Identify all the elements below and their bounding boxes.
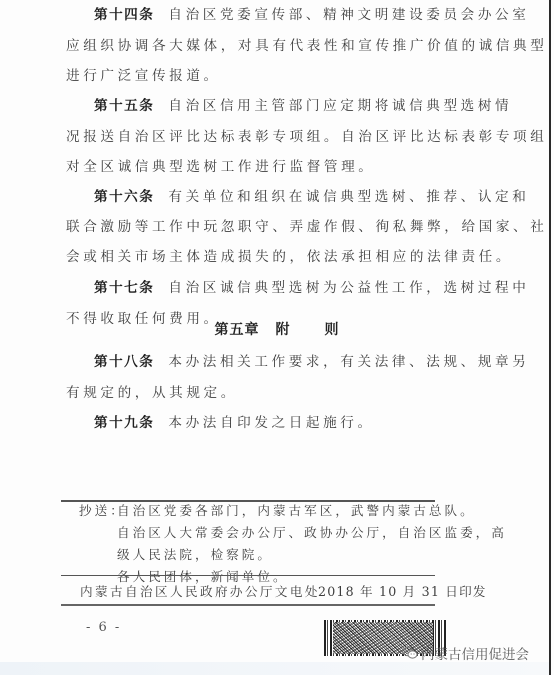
cc-line-1: 自治区党委各部门，内蒙古军区，武警内蒙古总队。 (117, 503, 476, 519)
article-16-line-3: 会或相关市场主体造成损失的，依法承担相应的法律责任。 (66, 248, 513, 266)
article-18-line-1: 第十八条本办法相关工作要求，有关法律、法规、规章另 (94, 353, 529, 371)
chapter-heading: 第五章附则 (0, 319, 554, 339)
watermark-text: 内蒙古信用促进会 (421, 643, 529, 663)
chapter-name-part-2: 则 (325, 322, 340, 338)
article-19-title: 第十九条 (94, 415, 154, 431)
cc-top-rule (61, 500, 435, 502)
article-15-line-3: 对全区诚信典型选树工作进行监督管理。 (66, 158, 376, 176)
article-18-text: 本办法相关工作要求，有关法律、法规、规章另 (168, 354, 529, 370)
article-14-line-1: 第十四条自治区党委宣传部、精神文明建设委员会办公室 (94, 6, 529, 24)
issue-date: 2018 年 10 月 31 日印发 (318, 581, 487, 600)
document-page: 第十四条自治区党委宣传部、精神文明建设委员会办公室 应组织协调各大媒体，对具有代… (0, 0, 554, 675)
article-17-line-1: 第十七条自治区诚信典型选树为公益性工作，选树过程中 (94, 279, 529, 297)
cc-line-3: 级人民法院，检察院。 (117, 547, 273, 563)
article-14-line-3: 进行广泛宣传报道。 (66, 67, 221, 85)
article-17-text: 自治区诚信典型选树为公益性工作，选树过程中 (168, 280, 529, 296)
article-16-line-1: 第十六条有关单位和组织在诚信典型选树、推荐、认定和 (94, 188, 529, 206)
wechat-watermark: 内蒙古信用促进会 (402, 643, 529, 663)
cc-bottom-rule (61, 575, 435, 576)
wechat-icon (402, 646, 418, 660)
article-15-line-2: 况报送自治区评比达标表彰专项组。自治区评比达标表彰专项组 (66, 128, 547, 146)
article-19-text: 本办法自印发之日起施行。 (168, 415, 374, 431)
article-17-title: 第十七条 (94, 280, 154, 296)
chapter-name-part-1: 附 (276, 322, 291, 338)
article-16-line-2: 联合激励等工作中玩忽职守、弄虚作假、徇私舞弊，给国家、社 (66, 218, 547, 236)
bottom-band (0, 662, 549, 675)
article-15-text: 自治区信用主管部门应定期将诚信典型选树情 (168, 98, 512, 114)
cc-line-2: 自治区人大常委会办公厅、政协办公厅，自治区监委，高 (117, 525, 507, 541)
footer-rule (61, 604, 435, 606)
article-14-text: 自治区党委宣传部、精神文明建设委员会办公室 (168, 7, 529, 23)
article-15-line-1: 第十五条自治区信用主管部门应定期将诚信典型选树情 (94, 97, 512, 115)
article-15-title: 第十五条 (94, 98, 154, 114)
page-number: - 6 - (86, 620, 121, 635)
article-14-title: 第十四条 (94, 7, 154, 23)
chapter-number: 第五章 (215, 322, 260, 338)
article-14-line-2: 应组织协调各大媒体，对具有代表性和宣传推广价值的诚信典型 (66, 37, 547, 55)
page-right-edge (549, 0, 551, 675)
article-16-title: 第十六条 (94, 189, 154, 205)
article-18-line-2: 有规定的，从其规定。 (66, 384, 238, 402)
issuer: 内蒙古自治区人民政府办公厅文电处 (80, 581, 320, 600)
article-16-text: 有关单位和组织在诚信典型选树、推荐、认定和 (168, 189, 529, 205)
article-18-title: 第十八条 (94, 354, 154, 370)
article-19-line-1: 第十九条本办法自印发之日起施行。 (94, 414, 375, 432)
